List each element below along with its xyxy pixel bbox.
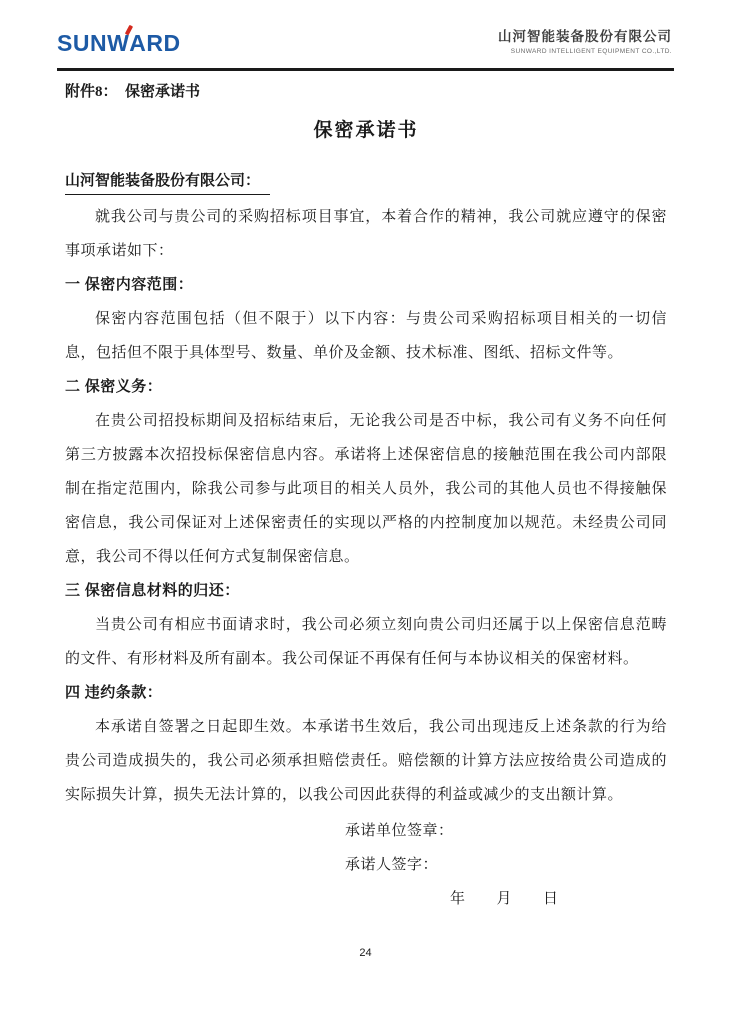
section-2: 二 保密义务： 在贵公司招投标期间及招标结束后，无论我公司是否中标，我公司有义务… — [65, 370, 667, 574]
salutation-underlined: 山河智能装备股份有限公司： — [65, 169, 270, 195]
section-4: 四 违约条款： 本承诺自签署之日起即生效。本承诺书生效后，我公司出现违反上述条款… — [65, 676, 667, 812]
company-name-chinese: 山河智能装备股份有限公司 — [498, 28, 672, 46]
document-title: 保密承诺书 — [65, 115, 667, 142]
letterhead: SUNWARD 山河智能装备股份有限公司 SUNWARD INTELLIGENT… — [57, 26, 672, 55]
attachment-label: 附件8： 保密承诺书 — [65, 82, 667, 102]
sunward-logo: SUNWARD — [57, 26, 181, 55]
section-3-body: 当贵公司有相应书面请求时，我公司必须立刻向贵公司归还属于以上保密信息范畴的文件、… — [65, 608, 667, 676]
signature-date-line: 年 月 日 — [450, 882, 667, 916]
signature-unit-seal-label: 承诺单位签章： — [345, 814, 667, 848]
document-page: SUNWARD 山河智能装备股份有限公司 SUNWARD INTELLIGENT… — [0, 0, 731, 1024]
section-2-body: 在贵公司招投标期间及招标结束后，无论我公司是否中标，我公司有义务不向任何第三方披… — [65, 404, 667, 574]
section-1-heading: 一 保密内容范围： — [65, 268, 667, 302]
logo-text-sun: SUN — [57, 30, 107, 56]
company-name-block: 山河智能装备股份有限公司 SUNWARD INTELLIGENT EQUIPME… — [498, 28, 672, 55]
salutation-row: 山河智能装备股份有限公司： — [65, 169, 667, 195]
section-4-heading: 四 违约条款： — [65, 676, 667, 710]
section-4-body: 本承诺自签署之日起即生效。本承诺书生效后，我公司出现违反上述条款的行为给贵公司造… — [65, 710, 667, 812]
page-number: 24 — [0, 947, 731, 959]
logo-text-w-with-red-accent: W — [107, 32, 129, 55]
signature-signer-label: 承诺人签字： — [345, 848, 667, 882]
document-content: 附件8： 保密承诺书 保密承诺书 山河智能装备股份有限公司： 就我公司与贵公司的… — [65, 82, 667, 916]
section-2-heading: 二 保密义务： — [65, 370, 667, 404]
letterhead-divider-rule — [57, 68, 674, 71]
signature-block: 承诺单位签章： 承诺人签字： 年 月 日 — [65, 814, 667, 916]
company-name-english: SUNWARD INTELLIGENT EQUIPMENT CO.,LTD. — [498, 48, 672, 55]
section-3: 三 保密信息材料的归还： 当贵公司有相应书面请求时，我公司必须立刻向贵公司归还属… — [65, 574, 667, 676]
section-3-heading: 三 保密信息材料的归还： — [65, 574, 667, 608]
section-1-body: 保密内容范围包括（但不限于）以下内容：与贵公司采购招标项目相关的一切信息，包括但… — [65, 302, 667, 370]
logo-text-ard: ARD — [129, 30, 180, 56]
section-1: 一 保密内容范围： 保密内容范围包括（但不限于）以下内容：与贵公司采购招标项目相… — [65, 268, 667, 370]
intro-paragraph: 就我公司与贵公司的采购招标项目事宜，本着合作的精神，我公司就应遵守的保密事项承诺… — [65, 200, 667, 268]
